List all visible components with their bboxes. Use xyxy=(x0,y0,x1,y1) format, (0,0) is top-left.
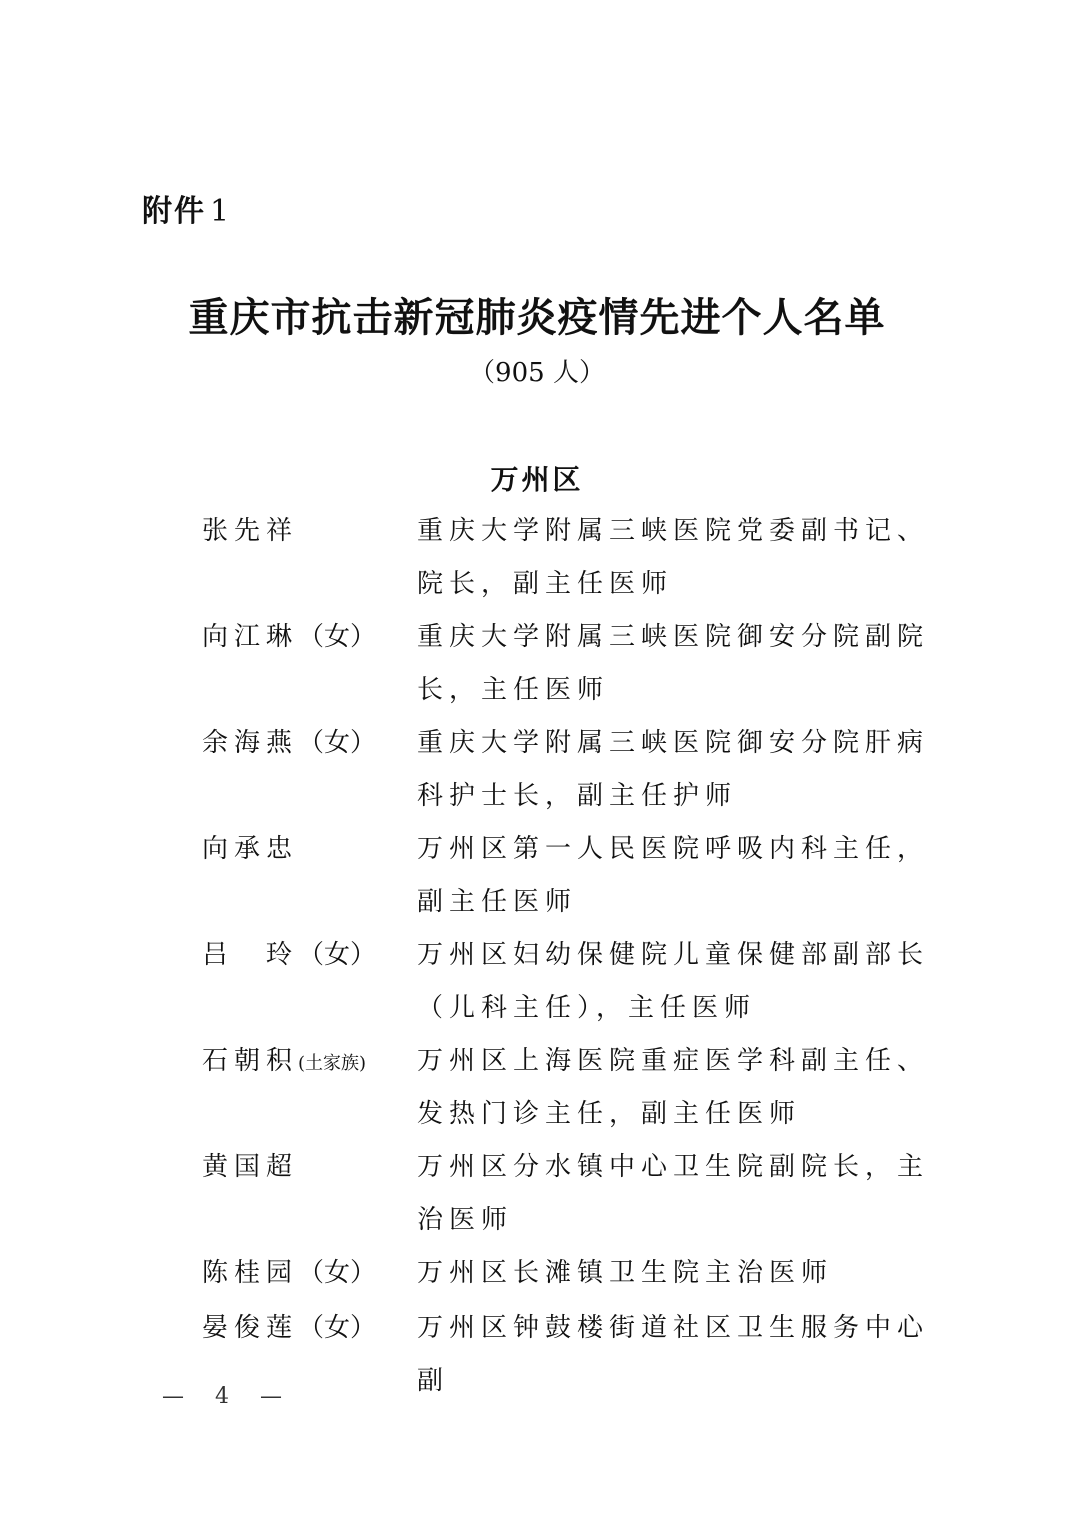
person-name: 张先祥 xyxy=(202,505,417,611)
person-count: （905 人） xyxy=(0,352,1074,389)
list-item: 陈桂园（女） 万州区长滩镇卫生院主治医师 xyxy=(202,1247,942,1302)
document-title: 重庆市抗击新冠肺炎疫情先进个人名单 xyxy=(0,286,1074,343)
person-position: 万州区分水镇中心卫生院副院长，主治医师 xyxy=(417,1141,937,1247)
person-name: 石朝积(土家族) xyxy=(202,1035,417,1141)
list-item: 余海燕（女） 重庆大学附属三峡医院御安分院肝病科护士长，副主任护师 xyxy=(202,717,942,823)
list-item: 张先祥 重庆大学附属三峡医院党委副书记、院长，副主任医师 xyxy=(202,505,942,611)
person-name: 吕 玲（女） xyxy=(202,929,417,1035)
person-position: 重庆大学附属三峡医院御安分院副院长，主任医师 xyxy=(417,611,937,717)
list-item: 黄国超 万州区分水镇中心卫生院副院长，主治医师 xyxy=(202,1141,942,1247)
page-number: — 4 — xyxy=(162,1384,294,1409)
person-name: 余海燕（女） xyxy=(202,717,417,823)
person-name: 黄国超 xyxy=(202,1141,417,1247)
person-name: 陈桂园（女） xyxy=(202,1247,417,1302)
person-name: 向江琳（女） xyxy=(202,611,417,717)
person-position: 重庆大学附属三峡医院党委副书记、院长，副主任医师 xyxy=(417,505,937,611)
person-name: 向承忠 xyxy=(202,823,417,929)
person-position: 万州区长滩镇卫生院主治医师 xyxy=(417,1247,937,1302)
attachment-number: 1 xyxy=(210,194,231,229)
person-position: 万州区妇幼保健院儿童保健部副部长（儿科主任），主任医师 xyxy=(417,929,937,1035)
attachment-text: 附件 xyxy=(142,194,206,229)
list-item: 向承忠 万州区第一人民医院呼吸内科主任，副主任医师 xyxy=(202,823,942,929)
person-position: 重庆大学附属三峡医院御安分院肝病科护士长，副主任护师 xyxy=(417,717,937,823)
list-item: 向江琳（女） 重庆大学附属三峡医院御安分院副院长，主任医师 xyxy=(202,611,942,717)
person-position: 万州区第一人民医院呼吸内科主任，副主任医师 xyxy=(417,823,937,929)
person-position: 万州区上海医院重症医学科副主任、发热门诊主任，副主任医师 xyxy=(417,1035,937,1141)
attachment-label: 附件1 xyxy=(142,186,231,230)
list-item: 石朝积(土家族) 万州区上海医院重症医学科副主任、发热门诊主任，副主任医师 xyxy=(202,1035,942,1141)
list-item: 吕 玲（女） 万州区妇幼保健院儿童保健部副部长（儿科主任），主任医师 xyxy=(202,929,942,1035)
person-position: 万州区钟鼓楼街道社区卫生服务中心副 xyxy=(417,1302,937,1408)
list-item: 晏俊莲（女） 万州区钟鼓楼街道社区卫生服务中心副 xyxy=(202,1302,942,1408)
district-heading: 万州区 xyxy=(0,458,1074,498)
honoree-list: 张先祥 重庆大学附属三峡医院党委副书记、院长，副主任医师 向江琳（女） 重庆大学… xyxy=(202,505,942,1408)
